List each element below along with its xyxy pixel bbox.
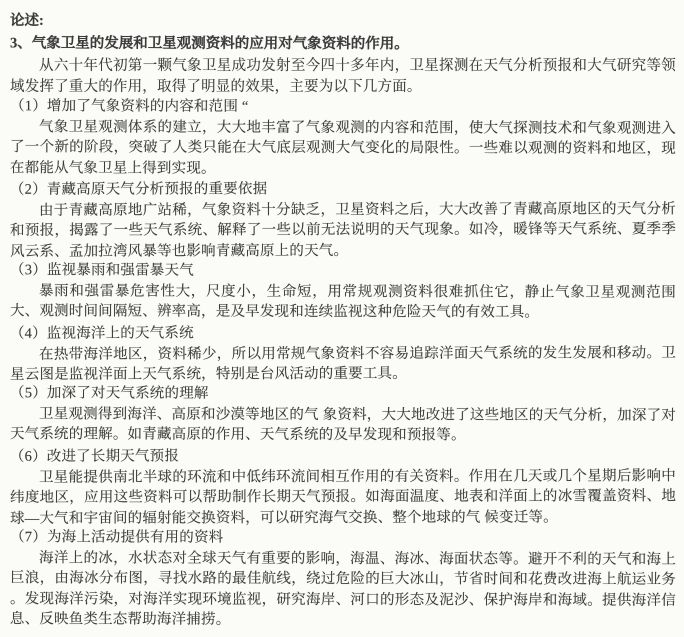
document-section: （6）改进了长期天气预报 卫星能提供南北半球的环流和中低纬环流间相互作用的有关资…: [10, 445, 676, 529]
document-section: （5）加深了对天气系统的理解 卫星观测得到海洋、高原和沙漠等地区的气 象资料，大…: [10, 383, 676, 446]
section-body: 卫星能提供南北半球的环流和中低纬环流间相互作用的有关资料。作用在几天或几个星期后…: [10, 465, 676, 528]
document-section: （1）增加了气象资料的内容和范围 “ 气象卫星观测体系的建立，大大地丰富了气象观…: [10, 96, 676, 180]
intro-paragraph: 从六十年代初第一颗气象卫星成功发射至今四十多年内，卫星探测在天气分析预报和大气研…: [10, 56, 676, 97]
document-section: （3）监视暴雨和强雷暴天气 暴雨和强雷暴危害性大，尺度小，生命短，用常规观测资料…: [10, 260, 676, 323]
section-heading: （6）改进了长期天气预报: [10, 445, 676, 467]
section-body: 海洋上的冰，水状态对全球天气有重要的影响，海温、海冰、海面状态等。避开不利的天气…: [10, 547, 676, 631]
section-heading: （5）加深了对天气系统的理解: [10, 383, 676, 405]
section-heading: （7）为海上活动提供有用的资料: [10, 527, 676, 549]
section-heading: （1）增加了气象资料的内容和范围 “: [10, 96, 676, 118]
document-title: 3、气象卫星的发展和卫星观测资料的应用对气象资料的作用。: [10, 33, 676, 55]
section-body: 由于青藏高原地广站稀，气象资料十分缺乏，卫星资料之后，大大改善了青藏高原地区的天…: [10, 199, 676, 262]
section-body: 在热带海洋地区，资料稀少，所以用常规气象资料不容易追踪洋面天气系统的发生发展和移…: [10, 342, 676, 385]
section-list: （1）增加了气象资料的内容和范围 “ 气象卫星观测体系的建立，大大地丰富了气象观…: [10, 97, 676, 630]
document-section: （7）为海上活动提供有用的资料 海洋上的冰，水状态对全球天气有重要的影响，海温、…: [10, 527, 676, 631]
scanned-document-page: 论述: 3、气象卫星的发展和卫星观测资料的应用对气象资料的作用。 从六十年代初第…: [0, 0, 684, 637]
document-section: （2）青藏高原天气分析预报的重要依据 由于青藏高原地广站稀，气象资料十分缺乏，卫…: [10, 178, 676, 262]
section-body: 气象卫星观测体系的建立，大大地丰富了气象观测的内容和范围，使大气探测技术和气象观…: [10, 117, 676, 180]
document-section: （4）监视海洋上的天气系统 在热带海洋地区，资料稀少，所以用常规气象资料不容易追…: [10, 322, 676, 385]
document-type-label: 论述:: [10, 9, 676, 31]
section-heading: （2）青藏高原天气分析预报的重要依据: [10, 178, 676, 200]
section-body: 暴雨和强雷暴危害性大，尺度小，生命短，用常规观测资料很难抓住它，静止气象卫星观测…: [10, 281, 676, 324]
section-body: 卫星观测得到海洋、高原和沙漠等地区的气 象资料，大大地改进了这些地区的天气分析，…: [10, 404, 676, 447]
section-heading: （4）监视海洋上的天气系统: [10, 322, 676, 344]
section-heading: （3）监视暴雨和强雷暴天气: [10, 260, 676, 282]
